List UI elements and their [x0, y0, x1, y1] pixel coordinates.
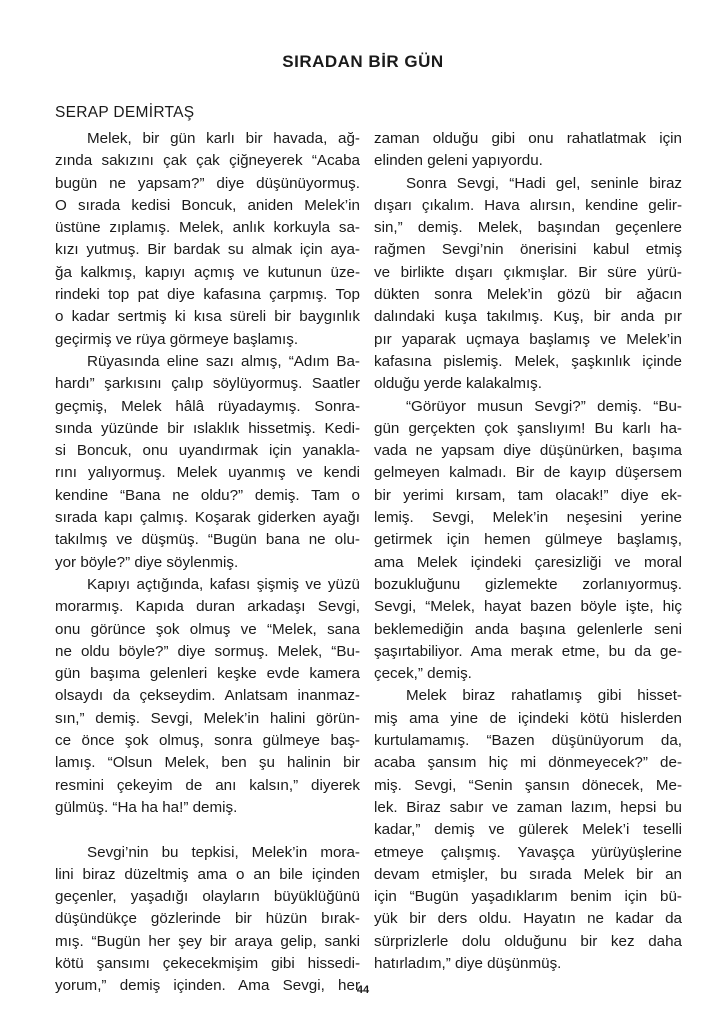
text-line: geçirmiş ve rüya görmeye başlamış. — [55, 329, 360, 351]
text-line: geçmiş, Melek hâlâ rüyadaymış. Sonra- — [55, 396, 360, 418]
text-line: olsaydı da çekseydim. Anlatsam inanmaz- — [55, 685, 360, 707]
text-line: resmini çekeyim de anı kalsın,” diyerek — [55, 775, 360, 797]
text-line: sin,” demiş. Melek, başından geçenlere — [374, 217, 682, 239]
text-line: zaman olduğu gibi onu rahatlatmak için — [374, 128, 682, 150]
text-line: Sonra Sevgi, “Hadi gel, seninle biraz — [374, 173, 682, 195]
text-line: vada ne yapsam diye düşünürken, başıma — [374, 440, 682, 462]
text-line: için “Bugün yaşadıklarım benim için bü- — [374, 886, 682, 908]
text-line: Sevgi’nin bu tepkisi, Melek’in mora- — [55, 842, 360, 864]
text-line: miş. Sevgi, “Senin şansın dönecek, Me- — [374, 775, 682, 797]
text-line: morarmış. Kapıda duran arkadaşı Sevgi, — [55, 596, 360, 618]
text-line: bugün ne yapsam?” diye düşünüyormuş. — [55, 173, 360, 195]
text-line: devam etmişler, bu sırada Melek bir an — [374, 864, 682, 886]
text-line: “Görüyor musun Sevgi?” demiş. “Bu- — [374, 396, 682, 418]
text-line: beklemediğin anda başına gelenlerle seni — [374, 619, 682, 641]
text-line: rindeki top pat diye kafasına çarpmış. T… — [55, 284, 360, 306]
text-line: takılmış ve düşmüş. “Bugün bana ne olu- — [55, 529, 360, 551]
text-line: Kapıyı açtığında, kafası şişmiş ve yüzü — [55, 574, 360, 596]
text-line: etmeye çalışmış. Yavaşça yürüyüşlerine — [374, 842, 682, 864]
text-line: rağmen Sevgi’nin önerisini kabul etmiş — [374, 239, 682, 261]
text-line: ne oldu böyle?” diye sormuş. Melek, “Bu- — [55, 641, 360, 663]
text-line: Rüyasında eline sazı almış, “Adım Ba- — [55, 351, 360, 373]
text-line: ama Melek içindeki çaresizliği ve moral — [374, 552, 682, 574]
paragraph-spacer — [55, 819, 360, 841]
text-line: yük bir ders oldu. Hayatın ne kadar da — [374, 908, 682, 930]
text-line: gün başıma gelenleri keşke evde kamera — [55, 663, 360, 685]
text-line: gelmeyen kalmadı. Bir de kayıp düşersem — [374, 462, 682, 484]
text-line: hardı” şarkısını çalıp söylüyormuş. Saat… — [55, 373, 360, 395]
text-line: lemiş. Sevgi, Melek’in neşesini yerine — [374, 507, 682, 529]
text-line: geçenler, yaşadığı olayların büyüklüğünü — [55, 886, 360, 908]
left-column: Melek, bir gün karlı bir havada, ağ-zınd… — [55, 128, 360, 998]
text-line: kızı yutmuş. Bir bardak su almak için ay… — [55, 239, 360, 261]
text-line: yor böyle?” diye söylenmiş. — [55, 552, 360, 574]
text-line: kurtulamamış. “Bazen düşünüyorum da, — [374, 730, 682, 752]
text-line: sında yüzünde bir ıslaklık hissetmiş. Ke… — [55, 418, 360, 440]
text-line: o kadar sertmiş ki kısa süreli bir baygı… — [55, 306, 360, 328]
text-line: O sırada kedisi Boncuk, aniden Melek’in — [55, 195, 360, 217]
text-line: lini biraz düzeltmiş ama o an bile içind… — [55, 864, 360, 886]
text-line: zında sakızını çak çak çiğneyerek “Acaba — [55, 150, 360, 172]
author-name: SERAP DEMİRTAŞ — [55, 104, 194, 122]
text-line: sın,” demiş. Sevgi, Melek’in halini görü… — [55, 708, 360, 730]
text-line: kafasına pislemiş. Melek, şaşkınlık için… — [374, 351, 682, 373]
text-line: mış. “Bugün her şey bir araya gelip, san… — [55, 931, 360, 953]
text-line: sürprizlerle dolu olduğunu bir kez daha — [374, 931, 682, 953]
text-line: gülmüş. “Ha ha ha!” demiş. — [55, 797, 360, 819]
text-line: Melek, bir gün karlı bir havada, ağ- — [55, 128, 360, 150]
text-line: elinden geleni yapıyordu. — [374, 150, 682, 172]
text-line: acaba şansım hiç mi dönmeyecek?” de- — [374, 752, 682, 774]
story-title: SIRADAN BİR GÜN — [0, 52, 726, 72]
text-line: dışarı çıkalım. Hava alırsın, kendine ge… — [374, 195, 682, 217]
text-line: sırada kapı çalmış. Koşarak giderken aya… — [55, 507, 360, 529]
text-line: dalındaki kuşa takılmış. Kuş, bir anda p… — [374, 306, 682, 328]
text-line: getirmek için hemen gülmeye başlamış, — [374, 529, 682, 551]
text-line: kötü şansımı çekecekmişim gibi hissedi- — [55, 953, 360, 975]
text-line: düşündükçe gözlerinde bir hüzün bırak- — [55, 908, 360, 930]
page-number: 44 — [0, 984, 726, 996]
text-line: miş ama yine de içindeki kötü hislerden — [374, 708, 682, 730]
text-line: bir yerimi kırsam, tam olacak!” diye ek- — [374, 485, 682, 507]
text-line: olduğu yerde kalakalmış. — [374, 373, 682, 395]
text-line: lamış. “Olsun Melek, ben şu halinin bir — [55, 752, 360, 774]
text-line: ve birlikte dışarı çıkmışlar. Bir süre y… — [374, 262, 682, 284]
text-line: Melek biraz rahatlamış gibi hisset- — [374, 685, 682, 707]
text-line: onu görünce şok olmuş ve “Melek, sana — [55, 619, 360, 641]
text-line: şaşırtabiliyor. Ama merak etme, bu da ge… — [374, 641, 682, 663]
text-line: çecek,” demiş. — [374, 663, 682, 685]
text-line: Sevgi, “Melek, hayat bazen böyle işte, h… — [374, 596, 682, 618]
text-line: hatırladım,” diye düşünmüş. — [374, 953, 682, 975]
text-line: bozukluğunu gizlemekte zorlanıyormuş. — [374, 574, 682, 596]
text-line: lek. Biraz sabır ve zaman lazım, hepsi b… — [374, 797, 682, 819]
text-line: dükten sonra Melek’in gözü bir ağacın — [374, 284, 682, 306]
text-line: ğa kalkmış, kapıyı açmış ve kutunun üze- — [55, 262, 360, 284]
text-line: ce önce şok olmuş, sonra gülmeye baş- — [55, 730, 360, 752]
text-line: pır yaparak uçmaya başlamış ve Melek’in — [374, 329, 682, 351]
right-column: zaman olduğu gibi onu rahatlatmak içinel… — [374, 128, 682, 975]
text-line: kendine “Bana ne oldu?” demiş. Tam o — [55, 485, 360, 507]
text-line: kadar,” demiş ve gülerek Melek’i teselli — [374, 819, 682, 841]
text-line: si Boncuk, onu uyandırmak için yanakla- — [55, 440, 360, 462]
text-line: gün gerçekten çok şanslıyım! Bu karlı ha… — [374, 418, 682, 440]
text-line: üstüne zıplamış. Melek, anlık korkuyla s… — [55, 217, 360, 239]
text-line: rını yalıyormuş. Melek uyanmış ve kendi — [55, 462, 360, 484]
